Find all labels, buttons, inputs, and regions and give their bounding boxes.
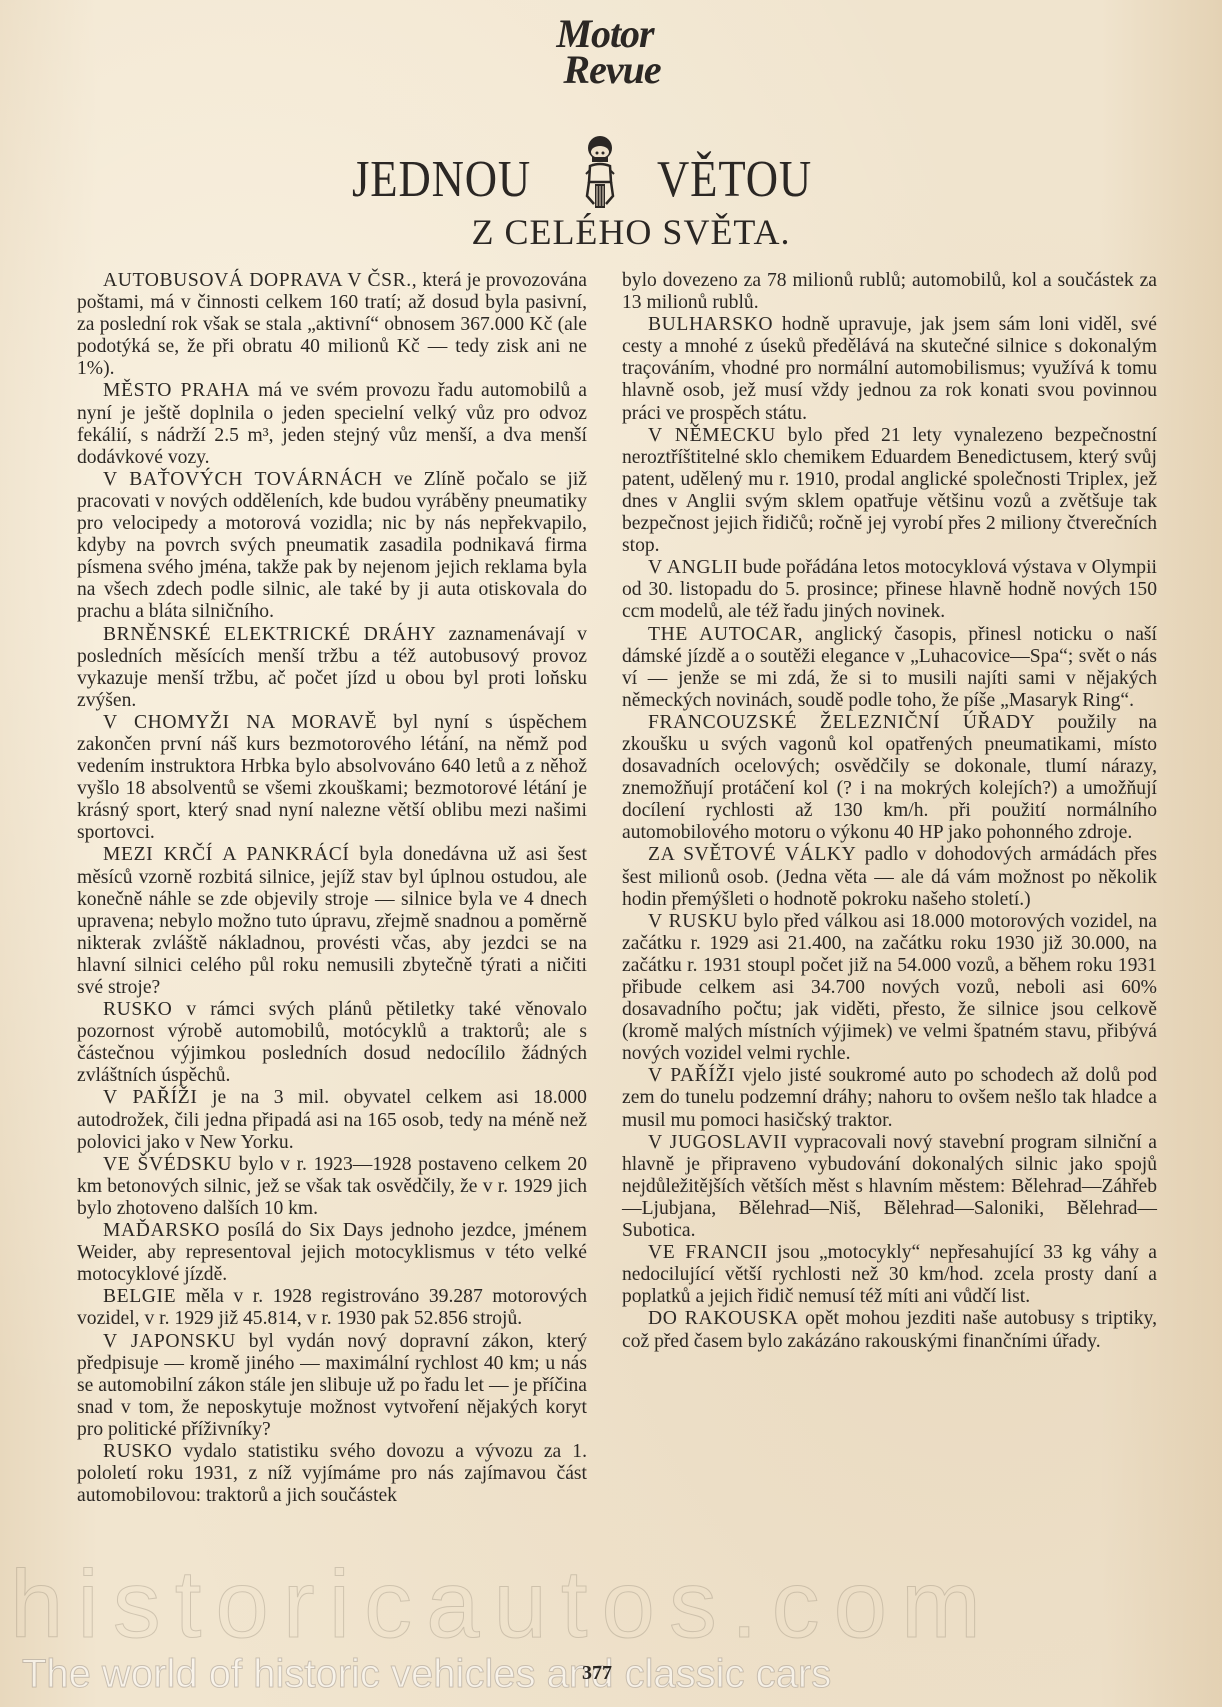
news-item: MEZI KRČÍ A PANKRÁCÍ byla donedávna už a… — [77, 844, 587, 999]
watermark-url: historicautos.com — [10, 1555, 1210, 1655]
news-item: BELGIE měla v r. 1928 registrováno 39.28… — [77, 1286, 587, 1330]
headline-word-right: VĚTOU — [657, 150, 812, 210]
news-item-lead: DO RAKOUSKA — [648, 1308, 798, 1329]
news-item: BULHARSKO hodně upravuje, jak jsem sám l… — [622, 314, 1157, 424]
news-item-text: byla donedávna už asi šest měsíců vzorně… — [77, 844, 587, 998]
news-item-lead: MAĎARSKO — [103, 1220, 220, 1241]
news-item-lead: BELGIE — [103, 1286, 176, 1307]
news-item-text: bylo před válkou asi 18.000 motorových v… — [622, 911, 1157, 1065]
news-item-lead: V RUSKU — [648, 911, 738, 932]
news-item-lead: V PAŘÍŽI — [103, 1087, 197, 1108]
magazine-page: Motor Revue JEDNOU VĚTOU Z CELÉHO SVĚTA.… — [0, 0, 1222, 1707]
news-item-lead: V PAŘÍŽI — [648, 1065, 735, 1086]
news-item: V CHOMYŽI NA MORAVĚ byl nyní s úspěchem … — [77, 712, 587, 845]
news-item-lead: V BAŤOVÝCH TOVÁRNÁCH — [103, 469, 383, 490]
news-item: AUTOBUSOVÁ DOPRAVA V ČSR., která je prov… — [77, 270, 587, 380]
news-item-lead: MEZI KRČÍ A PANKRÁCÍ — [103, 844, 350, 865]
article-column-left: AUTOBUSOVÁ DOPRAVA V ČSR., která je prov… — [77, 270, 587, 1507]
news-item-text: ve Zlíně počalo se již pracovati v novýc… — [77, 469, 587, 623]
page-number: 377 — [582, 1662, 612, 1685]
news-item-lead: V JAPONSKU — [103, 1331, 236, 1352]
news-item: MAĎARSKO posílá do Six Days jednoho jezd… — [77, 1220, 587, 1286]
news-item: V RUSKU bylo před válkou asi 18.000 moto… — [622, 911, 1157, 1066]
news-item-lead: RUSKO — [103, 1441, 172, 1462]
news-item-lead: V JUGOSLAVII — [648, 1132, 787, 1153]
cartoon-figure-icon — [580, 134, 620, 212]
news-item: V JUGOSLAVII vypracovali nový stavební p… — [622, 1132, 1157, 1242]
news-item: MĚSTO PRAHA má ve svém provozu řadu auto… — [77, 380, 587, 468]
news-item-lead: FRANCOUZSKÉ ŽELEZNIČNÍ ÚŘADY — [648, 712, 1036, 733]
news-item: V BAŤOVÝCH TOVÁRNÁCH ve Zlíně počalo se … — [77, 469, 587, 624]
news-item: DO RAKOUSKA opět mohou jezditi naše auto… — [622, 1308, 1157, 1352]
news-item-lead: THE AUTOCAR, — [648, 624, 803, 645]
news-item-text: bylo dovezeno za 78 milionů rublů; autom… — [622, 270, 1157, 313]
news-item-lead: V ANGLII — [648, 557, 738, 578]
headline-subtitle: Z CELÉHO SVĚTA. — [0, 210, 1222, 254]
news-item-lead: BULHARSKO — [648, 314, 773, 335]
motor-revue-logo: Motor Revue — [540, 16, 670, 98]
news-item: RUSKO v rámci svých plánů pětiletky také… — [77, 999, 587, 1087]
news-item: VE ŠVÉDSKU bylo v r. 1923—1928 postaveno… — [77, 1154, 587, 1220]
news-item: VE FRANCII jsou „motocykly“ nepřesahujíc… — [622, 1242, 1157, 1308]
logo-line-2: Revue — [554, 52, 670, 88]
watermark-tagline: The world of historic vehicles and class… — [22, 1650, 831, 1698]
news-item: THE AUTOCAR, anglický časopis, přinesl n… — [622, 624, 1157, 712]
news-item-lead: VE FRANCII — [648, 1242, 768, 1263]
news-item: V JAPONSKU byl vydán nový dopravní zákon… — [77, 1331, 587, 1441]
news-item-lead: BRNĚNSKÉ ELEKTRICKÉ DRÁHY — [103, 624, 436, 645]
article-column-right: bylo dovezeno za 78 milionů rublů; autom… — [622, 270, 1157, 1353]
news-item: ZA SVĚTOVÉ VÁLKY padlo v dohodových armá… — [622, 844, 1157, 910]
headline-word-left: JEDNOU — [352, 150, 531, 210]
news-item-lead: RUSKO — [103, 999, 172, 1020]
news-item: V PAŘÍŽI vjelo jisté soukromé auto po sc… — [622, 1065, 1157, 1131]
news-item: BRNĚNSKÉ ELEKTRICKÉ DRÁHY zaznamenávají … — [77, 624, 587, 712]
news-item: FRANCOUZSKÉ ŽELEZNIČNÍ ÚŘADY použily na … — [622, 712, 1157, 845]
news-item: V NĚMECKU bylo před 21 lety vynalezeno b… — [622, 425, 1157, 558]
news-item-continuation: bylo dovezeno za 78 milionů rublů; autom… — [622, 270, 1157, 314]
news-item-lead: AUTOBUSOVÁ DOPRAVA V ČSR., — [103, 270, 417, 291]
news-item-lead: VE ŠVÉDSKU — [103, 1154, 232, 1175]
news-item-lead: V NĚMECKU — [648, 425, 776, 446]
news-item-lead: MĚSTO PRAHA — [103, 380, 250, 401]
news-item-lead: V CHOMYŽI NA MORAVĚ — [103, 712, 377, 733]
news-item: RUSKO vydalo statistiku svého dovozu a v… — [77, 1441, 587, 1507]
news-item: V PAŘÍŽI je na 3 mil. obyvatel celkem as… — [77, 1087, 587, 1153]
news-item: V ANGLII bude pořádána letos motocyklová… — [622, 557, 1157, 623]
news-item-lead: ZA SVĚTOVÉ VÁLKY — [648, 844, 856, 865]
